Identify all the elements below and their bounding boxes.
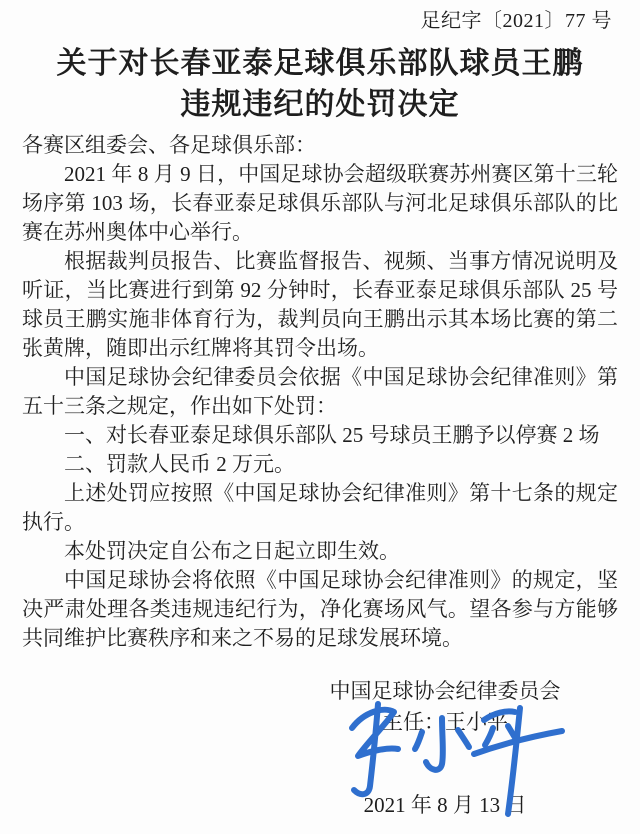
- paragraph-ruling-basis: 中国足球协会纪律委员会依据《中国足球协会纪律准则》第五十三条之规定，作出如下处罚…: [22, 363, 618, 421]
- salutation-line: 各赛区组委会、各足球俱乐部：: [22, 131, 618, 160]
- signoff-organization: 中国足球协会纪律委员会: [300, 677, 590, 706]
- document-title-line1: 关于对长春亚泰足球俱乐部队球员王鹏: [22, 43, 618, 84]
- paragraph-match-info: 2021 年 8 月 9 日，中国足球协会超级联赛苏州赛区第十三轮场序第 103…: [22, 160, 618, 247]
- signoff-date: 2021 年 8 月 13 日: [300, 791, 590, 820]
- signoff-block: 中国足球协会纪律委员会 主任：王小平 2021 年 8 月 13 日: [300, 677, 590, 820]
- paragraph-penalty-item-1: 一、对长春亚泰足球俱乐部队 25 号球员王鹏予以停赛 2 场: [22, 421, 618, 450]
- paragraph-penalty-item-2: 二、罚款人民币 2 万元。: [22, 450, 618, 479]
- document-ref-number: 足纪字〔2021〕77 号: [22, 8, 618, 35]
- document-body: 各赛区组委会、各足球俱乐部： 2021 年 8 月 9 日，中国足球协会超级联赛…: [22, 131, 618, 653]
- paragraph-closing-statement: 中国足球协会将依照《中国足球协会纪律准则》的规定，坚决严肃处理各类违规违纪行为，…: [22, 566, 618, 653]
- paragraph-incident-description: 根据裁判员报告、比赛监督报告、视频、当事方情况说明及听证，当比赛进行到第 92 …: [22, 247, 618, 363]
- document-title: 关于对长春亚泰足球俱乐部队球员王鹏 违规违纪的处罚决定: [22, 43, 618, 125]
- paragraph-execution-clause: 上述处罚应按照《中国足球协会纪律准则》第十七条的规定执行。: [22, 479, 618, 537]
- document-page: 足纪字〔2021〕77 号 关于对长春亚泰足球俱乐部队球员王鹏 违规违纪的处罚决…: [0, 0, 640, 834]
- signoff-signer-line: 主任：王小平: [300, 708, 590, 737]
- paragraph-effective-clause: 本处罚决定自公布之日起立即生效。: [22, 537, 618, 566]
- document-title-line2: 违规违纪的处罚决定: [22, 84, 618, 125]
